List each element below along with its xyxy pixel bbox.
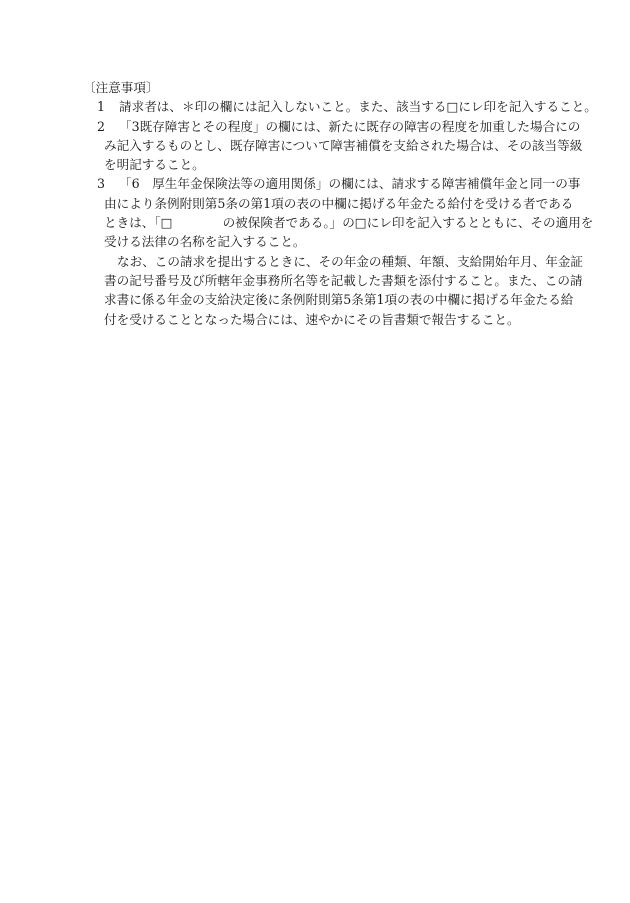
note-item-3: 3「6 厚生年金保険法等の適用関係」の欄には、請求する障害補償年金と同一の事 (83, 174, 553, 193)
document-page: 〔注意事項〕 1請求者は、＊印の欄には記入しないこと。また、該当する□にレ印を記… (0, 0, 630, 903)
note-item-2-cont: を明記すること。 (83, 155, 553, 174)
note-item-1: 1請求者は、＊印の欄には記入しないこと。また、該当する□にレ印を記入すること。 (83, 97, 553, 116)
item-text: 「6 厚生年金保険法等の適用関係」の欄には、請求する障害補償年金と同一の事 (119, 176, 580, 191)
note-paragraph-line: 書の記号番号及び所轄年金事務所名等を記載した書類を添付すること。また、この請 (83, 271, 553, 290)
item-number: 2 (97, 117, 119, 136)
note-paragraph-line: なお、この請求を提出するときに、その年金の種類、年額、支給開始年月、年金証 (83, 252, 553, 271)
note-paragraph-line: 付を受けることとなった場合には、速やかにその旨書類で報告すること。 (83, 310, 553, 329)
item-number: 1 (97, 97, 119, 116)
note-item-3-cont: 受ける法律の名称を記入すること。 (83, 232, 553, 251)
item-text: 請求者は、＊印の欄には記入しないこと。また、該当する□にレ印を記入すること。 (119, 99, 597, 114)
item-text: ときは、「□ (104, 215, 173, 230)
item-text: 「3既存障害とその程度」の欄には、新たに既存の障害の程度を加重した場合にの (119, 119, 580, 134)
notes-heading: 〔注意事項〕 (83, 78, 553, 97)
item-text: の被保険者である。」の□にレ印を記入するとともに、その適用を (223, 215, 594, 230)
note-item-3-cont: ときは、「□の被保険者である。」の□にレ印を記入するとともに、その適用を (83, 213, 553, 232)
note-item-2: 2「3既存障害とその程度」の欄には、新たに既存の障害の程度を加重した場合にの (83, 117, 553, 136)
note-paragraph-line: 求書に係る年金の支給決定後に条例附則第5条第1項の表の中欄に掲げる年金たる給 (83, 290, 553, 309)
notes-section: 〔注意事項〕 1請求者は、＊印の欄には記入しないこと。また、該当する□にレ印を記… (83, 78, 553, 329)
note-item-3-cont: 由により条例附則第5条の第1項の表の中欄に掲げる年金たる給付を受ける者である (83, 194, 553, 213)
note-item-2-cont: み記入するものとし、既存障害について障害補償を支給された場合は、その該当等級 (83, 136, 553, 155)
item-number: 3 (97, 174, 119, 193)
